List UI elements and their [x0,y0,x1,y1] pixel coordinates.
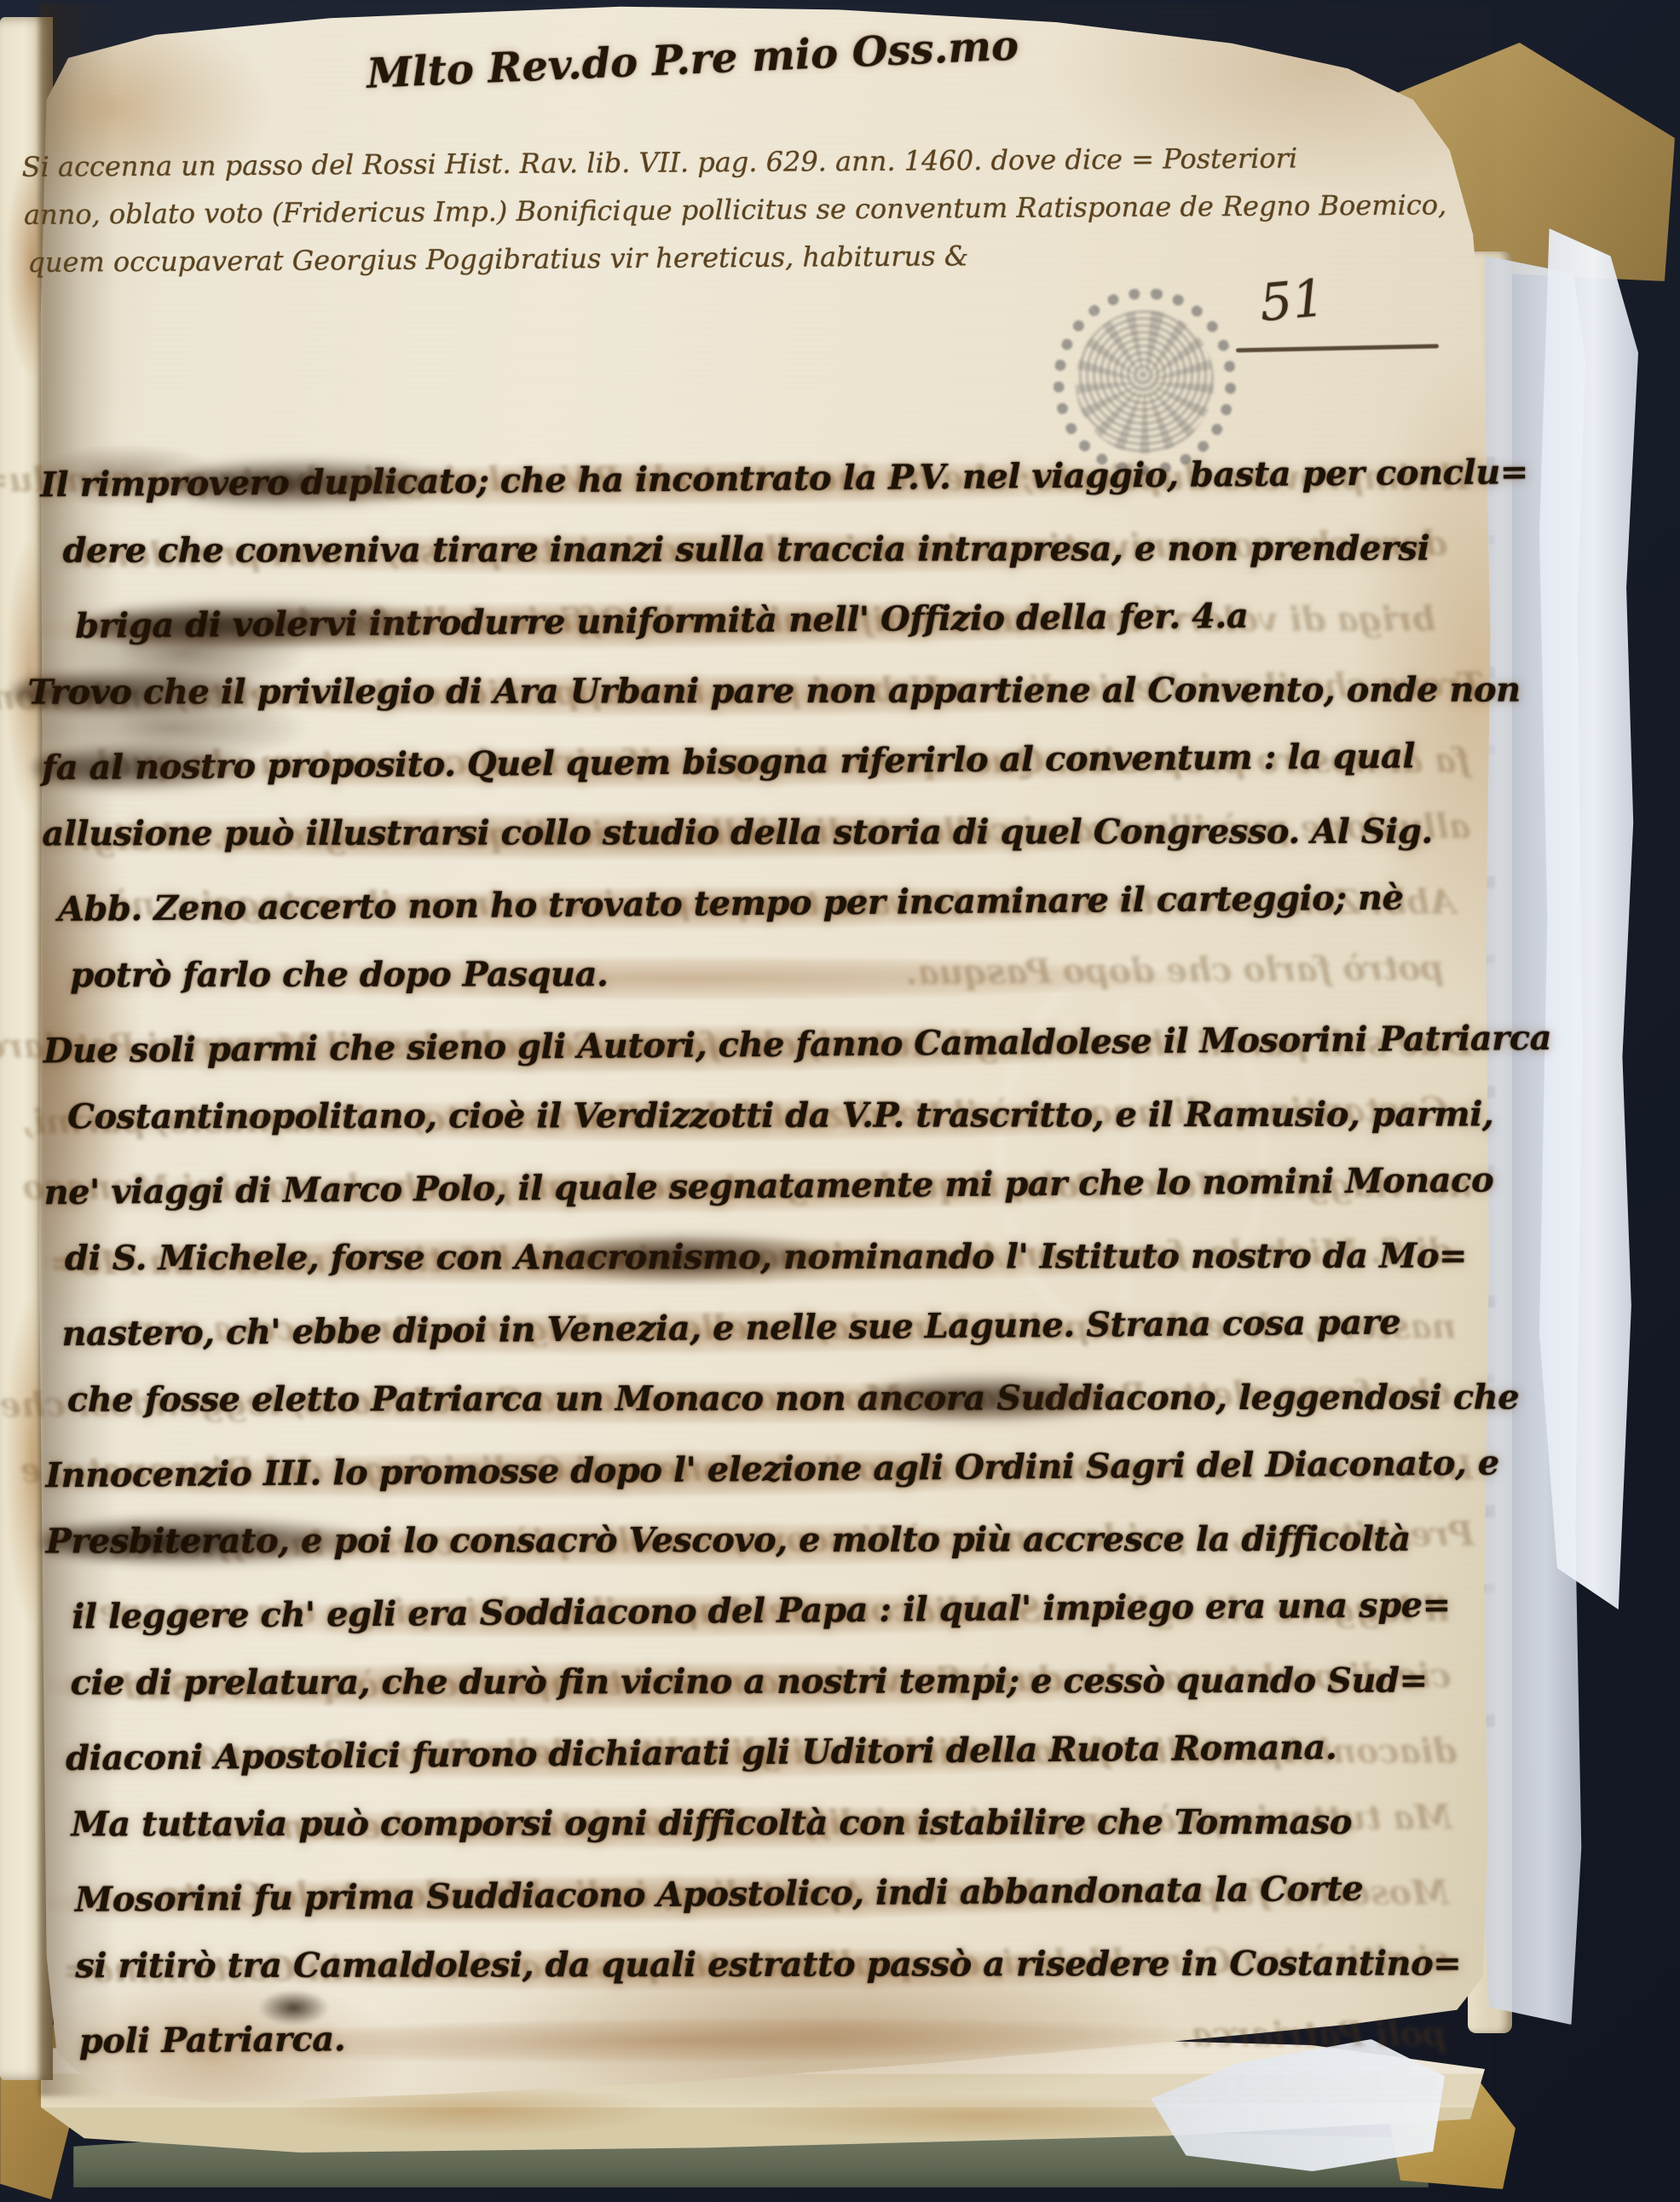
body-line: si ritirò tra Camaldolesi, da quali estr… [48,1928,1476,2002]
folio-number: 51 [1257,269,1327,333]
manuscript-scan: Il rimprovero duplicato; che ha incontra… [0,0,1680,2202]
body-line: Il rimprovero duplicato; che ha incontra… [40,437,1469,521]
tissue-interleaf-front [1539,228,1638,1610]
body-line: dere che conveniva tirare inanzi sulla t… [41,513,1469,587]
body-line: briga di volervi introdurre uniformità n… [41,579,1470,662]
body-line: allusione può illustrarsi collo studio d… [42,796,1470,870]
body-line: che fosse eletto Patriarca un Monaco non… [45,1362,1474,1436]
body-line: Due soli parmi che sieno gli Autori, che… [43,1003,1472,1087]
body-line: cie di prelatura, che durò fin vicino a … [47,1645,1475,1719]
annotation-line: anno, oblato voto (Fridericus Imp.) Boni… [22,181,1463,239]
body-line: Costantinopolitano, cioè il Verdizzotti … [43,1079,1472,1153]
annotation-line: quem occupaverat Georgius Poggibratius v… [22,228,1463,286]
body-line: poli Patriarca. [48,1994,1477,2078]
body-line: Innocenzio III. lo promosse dopo l' elez… [45,1428,1475,1511]
body-line: il leggere ch' egli era Soddiacono del P… [46,1569,1475,1653]
body-text: Il rimprovero duplicato; che ha incontra… [40,440,1477,2075]
body-line: di S. Michele, forse con Anacronismo, no… [44,1221,1473,1294]
body-line: Trovo che il privilegio di Ara Urbani pa… [27,655,1469,728]
annotation-block: Si accenna un passo del Rossi Hist. Rav.… [21,133,1463,286]
body-line: potrò farlo che dopo Pasqua. [43,938,1471,1011]
body-line: ne' viaggi di Marco Polo, il quale segna… [43,1145,1473,1228]
body-line: fa al nostro proposito. Quel quem bisogn… [42,720,1471,804]
body-line: diaconi Apostolici furono dichiarati gli… [47,1711,1476,1795]
body-line: Mosorini fu prima Suddiacono Apostolico,… [48,1852,1477,1936]
body-line: Abb. Zeno accerto non ho trovato tempo p… [42,862,1471,945]
body-line: Presbiterato, e poi lo consacrò Vescovo,… [46,1504,1475,1577]
body-line: Ma tuttavia può comporsi ogni difficoltà… [47,1787,1475,1860]
body-line: nastero, ch' ebbe dipoi in Venezia, e ne… [44,1286,1474,1370]
